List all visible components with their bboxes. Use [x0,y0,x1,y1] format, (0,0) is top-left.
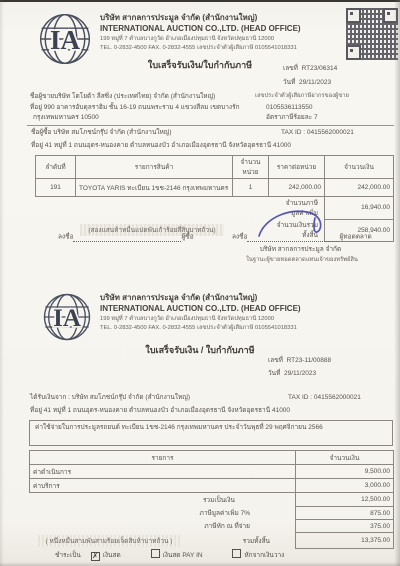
charge-row: ค่าบริการ 3,000.00 [30,479,394,493]
sign-note: ในฐานะผู้ขายทอดตลาดแทนเจ้าของทรัพย์สิน [222,257,382,265]
handwritten-signature [255,208,340,245]
checkbox-cash-checked: ✗ [91,552,100,561]
scan-edge-left [0,0,4,566]
grand-total-amount: 13,375.00 [296,533,394,549]
vat-amount: 875.00 [296,507,394,520]
company-address: 199 หมู่ที่ 7 ตำบลบางกูวัด อำเภอเมืองปทุ… [100,316,274,324]
subject-box: ค่าใช้จ่ายในการประมูลรถยนต์ ทะเบียน 1ขช-… [29,420,393,446]
subtotal-amount: 12,500.00 [296,493,394,507]
company-address: 199 หมู่ที่ 7 ตำบลบางกูวัด อำเภอเมืองปทุ… [100,36,274,44]
scan-edge-top [0,0,400,2]
company-name-th: บริษัท สากลการประมูล จำกัด (สำนักงานใหญ่… [100,13,257,23]
vat-row: ภาษีมูลค่าเพิ่ม 7% 875.00 [30,507,394,520]
seller-name-line: ชื่อผู้ขายบริษัท โตโยต้า ลีสซิ่ง (ประเทศ… [30,93,215,101]
items-table-header-row: ลำดับที่ รายการสินค้า จำนวนหน่วย ราคาต่อ… [36,156,394,179]
subject-text: ค่าใช้จ่ายในการประมูลรถยนต์ ทะเบียน 1ขช-… [30,421,392,435]
signature-dotted-line [73,233,181,242]
seller-address-1: ที่อยู่ 990 อาคารอับดุลราฮิม ชั้น 16-19 … [30,104,240,112]
qr-code [346,8,398,60]
withholding-amount: 375.00 [296,520,394,533]
doc2-number-label: เลขที่ [268,357,283,364]
charge-label: ค่าบริการ [30,479,296,493]
buyer-tax-id: TAX ID : 0415562000021 [281,129,354,137]
doc2-date-label: วันที่ [268,370,280,377]
doc2-number-value: RT23-11/00888 [287,357,332,364]
items-table: ลำดับที่ รายการสินค้า จำนวนหน่วย ราคาต่อ… [35,155,394,242]
sign-label: ลงชื่อ [58,234,73,241]
checkbox-payin [151,549,160,558]
col-header-description: รายการสินค้า [76,156,233,179]
charges-header-row: รายการ จำนวนเงิน [30,451,394,465]
sign-role-buyer: ผู้ซื้อ [181,234,193,241]
logo-letters: IA [50,25,81,55]
company-name-th: บริษัท สากลการประมูล จำกัด (สำนักงานใหญ่… [100,293,257,303]
scan-edge-bottom [0,562,400,566]
col-header-amount: จำนวนเงิน [296,451,394,465]
withholding-row: ภาษีหัก ณ ที่จ่าย 375.00 [30,520,394,533]
charge-label: ค่าดำเนินการ [30,465,296,479]
logo-letters: IA [53,305,81,332]
doc1-number-value: RT23/06314 [302,65,338,72]
vat-label: ภาษีมูลค่าเพิ่ม 7% [30,507,296,520]
seller-tax-label: เลขประจำตัวผู้เสียภาษีอากรของผู้ขาย [255,93,349,101]
sign-company: บริษัท สากลการประมูล จำกัด [238,246,363,254]
doc2-number: เลขที่ RT23-11/00888 [268,357,331,365]
col-header-index: ลำดับที่ [36,156,76,179]
payment-method-line: ชำระเป็น ✗เงินสด เงินสด PAY IN หักจากเงิ… [55,549,284,561]
payment-option-cash: เงินสด [103,552,121,559]
sign-role-auctioneer: ผู้ทอดตลาด [339,234,371,241]
subtotal-row: รวมเป็นเงิน 12,500.00 [30,493,394,507]
item-qty: 1 [233,179,269,197]
header-divider [27,125,394,126]
company-name-en: INTERNATIONAL AUCTION CO.,LTD. (HEAD OFF… [100,304,301,314]
scanned-receipt-page: IA บริษัท สากลการประมูล จำกัด (สำนักงานใ… [0,0,400,566]
buyer-name-line: ชื่อผู้ซื้อ บริษัท สมโภชน์กรุ๊ป จำกัด (ส… [31,129,172,137]
seller-address-2: กรุงเทพมหานคร 10500 [33,114,99,122]
doc1-date: วันที่ 29/11/2023 [283,79,331,87]
doc2-date-value: 29/11/2023 [284,370,316,377]
grand-total-words: ( หนึ่งหมื่นสามพันสามร้อยเจ็ดสิบห้าบาทถ้… [38,535,181,547]
company-name-en: INTERNATIONAL AUCTION CO.,LTD. (HEAD OFF… [100,24,301,34]
item-description: TOYOTA YARIS ทะเบียน 1ขช-2146 กรุงเทพมหา… [76,179,233,197]
doc1-number-label: เลขที่ [283,65,298,72]
item-index: 191 [36,179,76,197]
grand-total-row: ( หนึ่งหมื่นสามพันสามร้อยเจ็ดสิบห้าบาทถ้… [30,533,394,549]
charges-table: รายการ จำนวนเงิน ค่าดำเนินการ 9,500.00 ค… [29,450,394,549]
company-tel-tax: TEL. 0-2832-4500 FAX. 0-2832-4555 เลขประ… [100,45,297,53]
checkbox-deduct-deposit [232,549,241,558]
payer-name-line: ได้รับเงินจาก : บริษัท สมโภชน์กรุ๊ป จำกั… [30,394,190,402]
scan-edge-right [394,0,400,566]
col-header-amount: จำนวนเงิน [325,156,394,179]
item-row: 191 TOYOTA YARIS ทะเบียน 1ขช-2146 กรุงเท… [36,179,394,197]
signature-buyer-line: ลงชื่อผู้ซื้อ [58,233,194,242]
charge-amount: 3,000.00 [296,479,394,493]
charge-row: ค่าดำเนินการ 9,500.00 [30,465,394,479]
payer-tax-id: TAX ID : 0415562000021 [288,394,361,402]
col-header-unit-price: ราคาต่อหน่วย [269,156,325,179]
doc1-date-label: วันที่ [283,79,295,86]
qr-finder-icon [346,45,361,60]
doc2-title: ใบเสร็จรับเงิน / ใบกำกับภาษี [60,345,340,357]
withholding-label: ภาษีหัก ณ ที่จ่าย [30,520,296,533]
vat-rate-line: อัตราภาษีร้อยละ 7 [266,114,318,122]
subtotal-label: รวมเป็นเงิน [30,493,296,507]
col-header-item: รายการ [30,451,296,465]
payment-option-payin: เงินสด PAY IN [163,552,203,559]
item-unit-price: 242,000.00 [269,179,325,197]
company-logo-icon: IA [38,12,92,66]
payment-label: ชำระเป็น [55,552,81,559]
doc1-date-value: 29/11/2023 [299,79,331,86]
company-tel-tax: TEL. 0-2832-4500 FAX. 0-2832-4555 เลขประ… [100,325,297,333]
company-logo-icon: IA [42,292,92,342]
col-header-qty: จำนวนหน่วย [233,156,269,179]
payer-address: ที่อยู่ 41 หมู่ที่ 1 ถนนอุดร-หนองคาย ตำบ… [30,407,290,415]
sign-label: ลงชื่อ [232,234,247,241]
qr-finder-icon [346,8,361,23]
payment-option-deduct: หักจากเงินวาง [244,552,284,559]
doc2-date: วันที่ 29/11/2023 [268,370,316,378]
item-amount: 242,000.00 [325,179,394,197]
charge-amount: 9,500.00 [296,465,394,479]
doc1-number: เลขที่ RT23/06314 [283,65,337,73]
seller-tax-id: 0105536113550 [266,104,313,112]
grand-total-label: รวมทั้งสิ้น [243,538,270,545]
buyer-address: ที่อยู่ 41 หมู่ที่ 1 ถนนอุดร-หนองคาย ตำบ… [31,142,291,150]
